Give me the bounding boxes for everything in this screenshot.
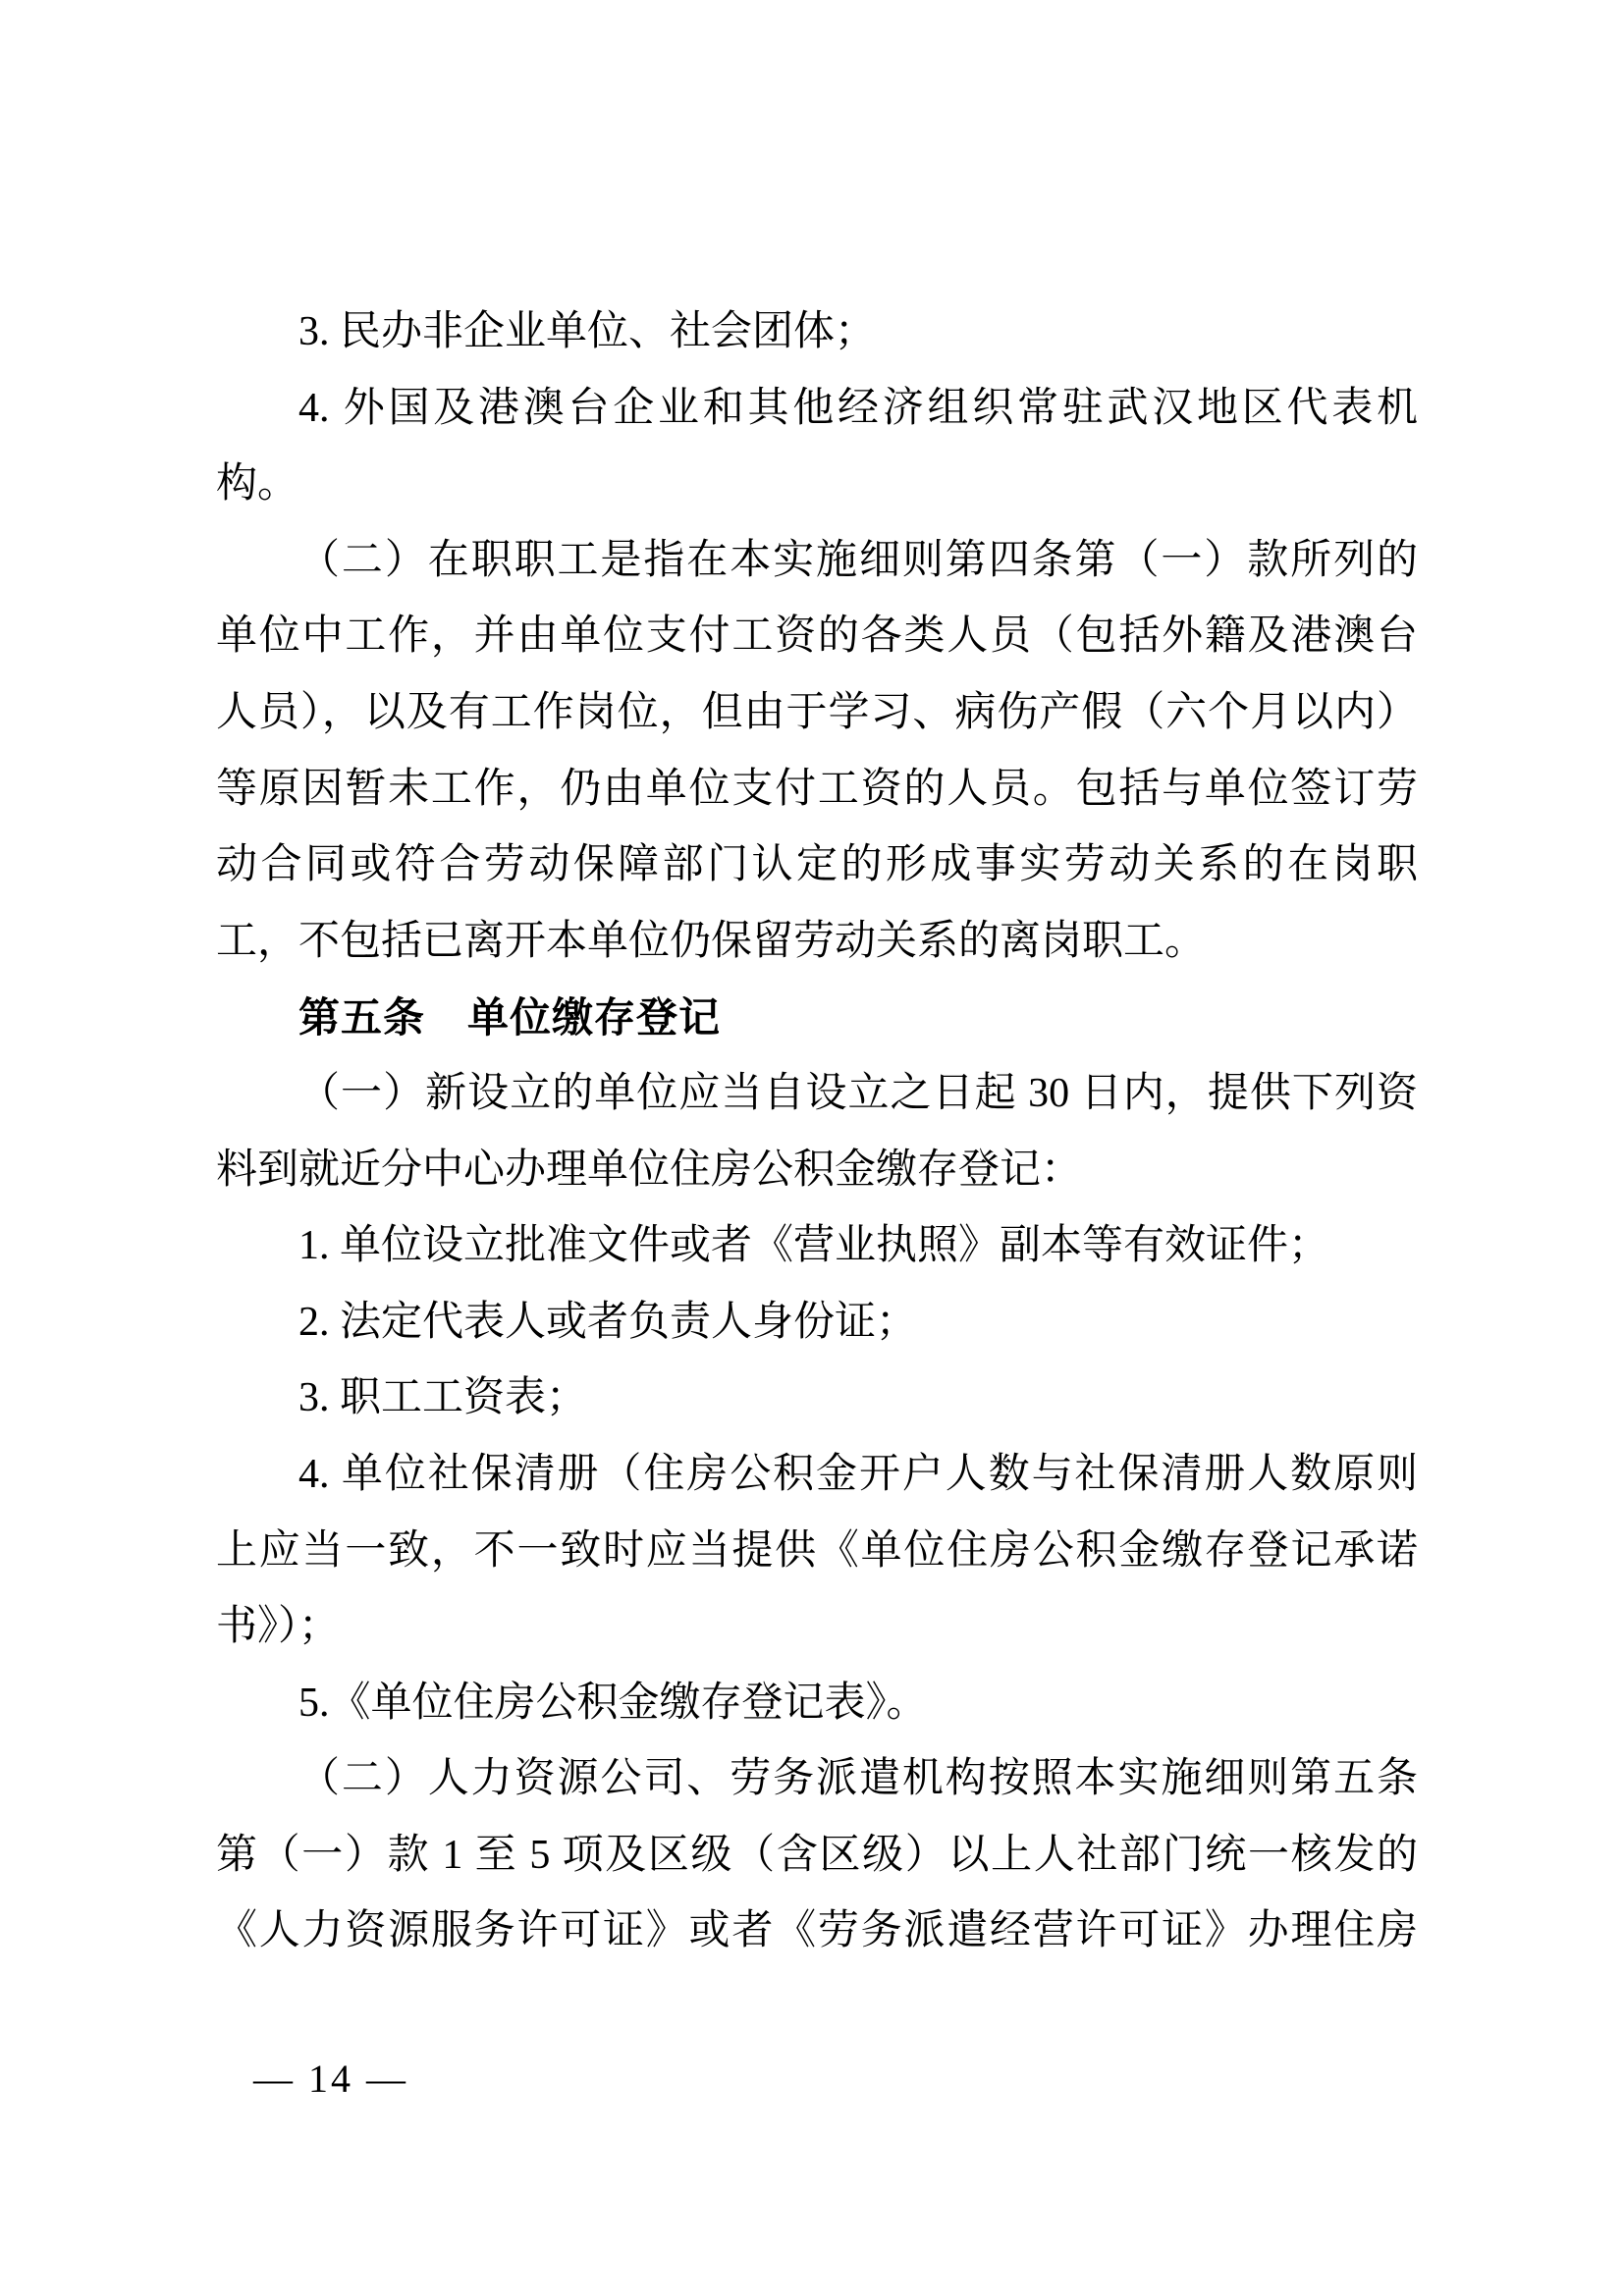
- document-body: 3. 民办非企业单位、社会团体； 4. 外国及港澳台企业和其他经济组织常驻武汉地…: [216, 294, 1418, 1970]
- text-line: 单位中工作，并由单位支付工资的各类人员（包括外籍及港澳台: [216, 599, 1418, 675]
- section-heading: 第五条 单位缴存登记: [216, 980, 1418, 1056]
- page-number: — 14 —: [253, 2057, 408, 2101]
- text-line: 工，不包括已离开本单位仍保留劳动关系的离岗职工。: [216, 904, 1418, 981]
- text-line: 动合同或符合劳动保障部门认定的形成事实劳动关系的在岗职: [216, 828, 1418, 904]
- text-line: 等原因暂未工作，仍由单位支付工资的人员。包括与单位签订劳: [216, 752, 1418, 828]
- text-line: 2. 法定代表人或者负责人身份证；: [216, 1285, 1418, 1362]
- text-line: 4. 外国及港澳台企业和其他经济组织常驻武汉地区代表机: [216, 371, 1418, 448]
- text-line: 4. 单位社保清册（住房公积金开户人数与社保清册人数原则: [216, 1437, 1418, 1514]
- text-line: 上应当一致，不一致时应当提供《单位住房公积金缴存登记承诺: [216, 1514, 1418, 1590]
- text-line: 《人力资源服务许可证》或者《劳务派遣经营许可证》办理住房: [216, 1894, 1418, 1970]
- text-line: 构。: [216, 447, 1418, 523]
- text-line: 人员），以及有工作岗位，但由于学习、病伤产假（六个月以内）: [216, 675, 1418, 752]
- text-line: （二）人力资源公司、劳务派遣机构按照本实施细则第五条: [216, 1741, 1418, 1818]
- text-line: 3. 职工工资表；: [216, 1361, 1418, 1437]
- text-line: 5.《单位住房公积金缴存登记表》。: [216, 1666, 1418, 1742]
- text-line: 第（一）款 1 至 5 项及区级（含区级）以上人社部门统一核发的: [216, 1818, 1418, 1895]
- text-line: 1. 单位设立批准文件或者《营业执照》副本等有效证件；: [216, 1208, 1418, 1285]
- document-page: 3. 民办非企业单位、社会团体； 4. 外国及港澳台企业和其他经济组织常驻武汉地…: [0, 0, 1623, 2296]
- text-line: 3. 民办非企业单位、社会团体；: [216, 294, 1418, 371]
- text-line: 料到就近分中心办理单位住房公积金缴存登记：: [216, 1133, 1418, 1209]
- text-line: （一）新设立的单位应当自设立之日起 30 日内，提供下列资: [216, 1056, 1418, 1133]
- text-line: 书》）；: [216, 1589, 1418, 1666]
- text-line: （二）在职职工是指在本实施细则第四条第（一）款所列的: [216, 523, 1418, 600]
